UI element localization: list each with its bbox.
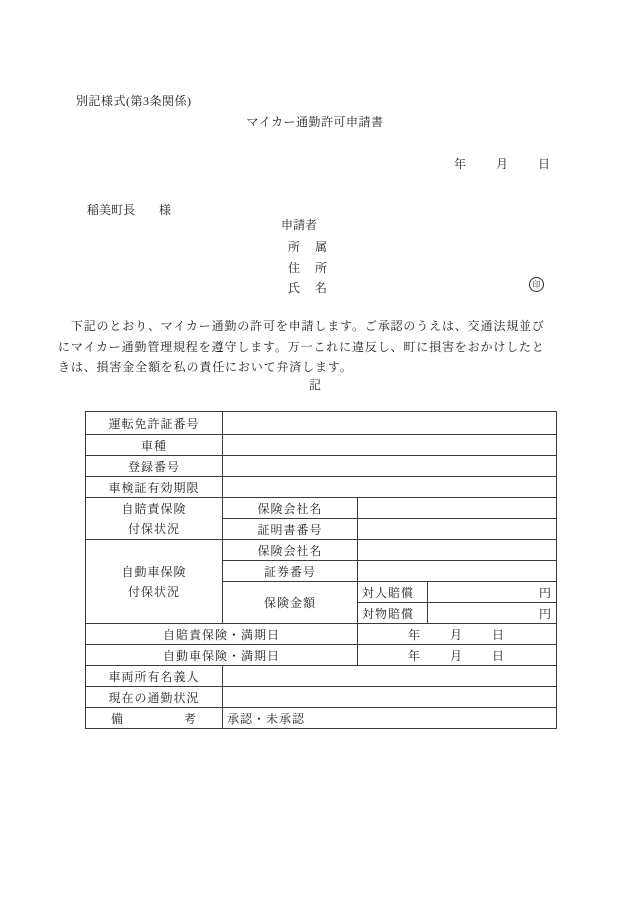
table-row: 車両所有名義人 bbox=[86, 666, 557, 687]
page-title: マイカー通勤許可申請書 bbox=[0, 113, 630, 130]
owner-value-cell bbox=[223, 666, 557, 687]
inspection-expiry-label: 車検証有効期限 bbox=[86, 477, 223, 498]
property-liability-label: 対物賠償 bbox=[358, 603, 428, 624]
applicant-field-address: 住 所 bbox=[288, 258, 329, 279]
personal-liability-yen-cell: 円 bbox=[428, 582, 557, 603]
jibaiseki-insurer-label: 保険会社名 bbox=[223, 498, 358, 519]
jibaiseki-group-label: 自賠責保険 付保状況 bbox=[86, 498, 223, 540]
body-paragraph: 下記のとおり、マイカー通勤の許可を申請します。ご承認のうえは、交通法規並び にマ… bbox=[58, 316, 545, 378]
car-insurance-expiry-date-cell: 年 月 日 bbox=[358, 645, 557, 666]
jibaiseki-certificate-number-label: 証明書番号 bbox=[223, 519, 358, 540]
table-row: 現在の通勤状況 bbox=[86, 687, 557, 708]
document-page: 別記様式(第3条関係) マイカー通勤許可申請書 年 月 日 稲美町長 様 申請者… bbox=[0, 0, 630, 903]
record-heading: 記 bbox=[0, 376, 630, 393]
car-insurance-group-line1: 自動車保険 bbox=[90, 562, 218, 582]
applicant-field-affiliation: 所 属 bbox=[288, 237, 329, 258]
car-insurance-policy-number-label: 証券番号 bbox=[223, 561, 358, 582]
applicant-fields: 所 属 住 所 氏 名 bbox=[288, 237, 329, 299]
current-commute-value-cell bbox=[223, 687, 557, 708]
jibaiseki-group-line1: 自賠責保険 bbox=[90, 499, 218, 519]
body-line: 下記のとおり、マイカー通勤の許可を申請します。ご承認のうえは、交通法規並び bbox=[58, 316, 545, 337]
table-row: 自動車保険 付保状況 保険会社名 bbox=[86, 540, 557, 561]
table-row: 登録番号 bbox=[86, 456, 557, 477]
remarks-value-cell: 承認・未承認 bbox=[223, 708, 557, 729]
car-insurance-group-label: 自動車保険 付保状況 bbox=[86, 540, 223, 624]
car-type-value-cell bbox=[223, 435, 557, 456]
insurance-amount-label: 保険金額 bbox=[223, 582, 358, 624]
table-row: 自賠責保険 付保状況 保険会社名 bbox=[86, 498, 557, 519]
table-row: 自賠責保険・満期日 年 月 日 bbox=[86, 624, 557, 645]
application-table: 運転免許証番号 車種 登録番号 車検証有効期限 自賠責保険 付保状況 保険会 bbox=[85, 411, 557, 729]
remarks-label: 備 考 bbox=[86, 708, 223, 729]
table-row: 車種 bbox=[86, 435, 557, 456]
registration-number-value-cell bbox=[223, 456, 557, 477]
table-row: 自動車保険・満期日 年 月 日 bbox=[86, 645, 557, 666]
applicant-field-name: 氏 名 bbox=[288, 278, 329, 299]
table-row: 備 考 承認・未承認 bbox=[86, 708, 557, 729]
jibaiseki-group-line2: 付保状況 bbox=[90, 519, 218, 539]
form-reference: 別記様式(第3条関係) bbox=[76, 92, 192, 109]
current-commute-label: 現在の通勤状況 bbox=[86, 687, 223, 708]
remarks-label-left: 備 bbox=[111, 710, 124, 727]
car-insurance-policy-number-value-cell bbox=[358, 561, 557, 582]
personal-liability-label: 対人賠償 bbox=[358, 582, 428, 603]
car-insurance-expiry-label: 自動車保険・満期日 bbox=[86, 645, 358, 666]
body-line: にマイカー通勤管理規程を遵守します。万一これに違反し、町に損害をおかけしたと bbox=[58, 337, 545, 358]
property-liability-yen-cell: 円 bbox=[428, 603, 557, 624]
license-number-value-cell bbox=[223, 412, 557, 435]
jibaiseki-certificate-number-value-cell bbox=[358, 519, 557, 540]
remarks-label-right: 考 bbox=[184, 710, 197, 727]
table-row: 車検証有効期限 bbox=[86, 477, 557, 498]
car-type-label: 車種 bbox=[86, 435, 223, 456]
jibaiseki-expiry-label: 自賠責保険・満期日 bbox=[86, 624, 358, 645]
license-number-label: 運転免許証番号 bbox=[86, 412, 223, 435]
car-insurance-group-line2: 付保状況 bbox=[90, 582, 218, 602]
inspection-expiry-value-cell bbox=[223, 477, 557, 498]
addressee: 稲美町長 様 bbox=[87, 201, 171, 218]
applicant-label: 申請者 bbox=[281, 216, 317, 233]
table-row: 運転免許証番号 bbox=[86, 412, 557, 435]
jibaiseki-expiry-date-cell: 年 月 日 bbox=[358, 624, 557, 645]
owner-label: 車両所有名義人 bbox=[86, 666, 223, 687]
jibaiseki-insurer-value-cell bbox=[358, 498, 557, 519]
car-insurance-insurer-value-cell bbox=[358, 540, 557, 561]
date-line: 年 月 日 bbox=[454, 155, 552, 172]
registration-number-label: 登録番号 bbox=[86, 456, 223, 477]
car-insurance-insurer-label: 保険会社名 bbox=[223, 540, 358, 561]
seal-mark-icon: 印 bbox=[529, 277, 544, 292]
body-line: きは、損害金全額を私の責任において弁済します。 bbox=[58, 357, 545, 378]
